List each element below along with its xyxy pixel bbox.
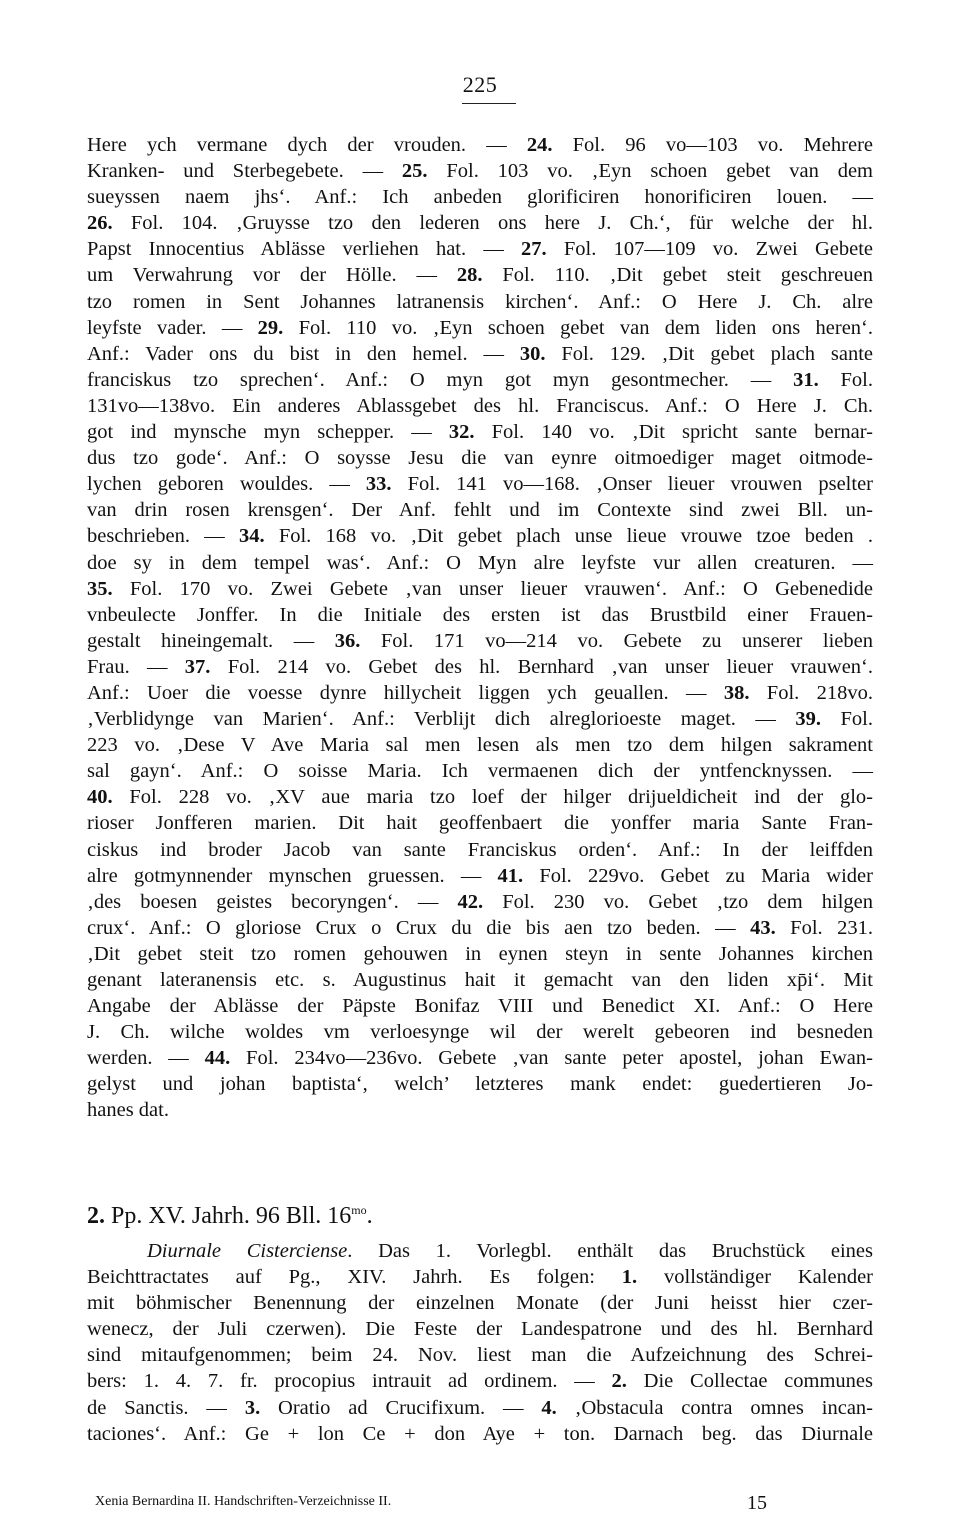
text-line: hanes dat. — [87, 1097, 873, 1123]
section-2-text: Diurnale Cisterciense. Das 1. Vorlegbl. … — [87, 1238, 873, 1447]
text-line: Here ych vermane dych der vrouden. — 24.… — [87, 132, 873, 158]
text-line: um Verwahrung vor der Hölle. — 28. Fol. … — [87, 262, 873, 288]
manuscript-title: Diurnale Cisterciense — [147, 1240, 347, 1262]
text-line: werden. — 44. Fol. 234vo—236vo. Gebete ‚… — [87, 1045, 873, 1071]
text-line: 35. Fol. 170 vo. Zwei Gebete ‚van unser … — [87, 576, 873, 602]
text-line: J. Ch. wilche woldes vm verloesynge wil … — [87, 1019, 873, 1045]
text-line: Frau. — 37. Fol. 214 vo. Gebet des hl. B… — [87, 654, 873, 680]
text-line: rioser Jonfferen marien. Dit hait geoffe… — [87, 810, 873, 836]
text-line: leyfste vader. — 29. Fol. 110 vo. ‚Eyn s… — [87, 315, 873, 341]
text-line: 40. Fol. 228 vo. ‚XV aue maria tzo loef … — [87, 784, 873, 810]
text-line: ‚Verblidynge van Marien‘. Anf.: Verblijt… — [87, 706, 873, 732]
text-line: Anf.: Vader ons du bist in den hemel. — … — [87, 341, 873, 367]
text-line: Kranken- und Sterbegebete. — 25. Fol. 10… — [87, 158, 873, 184]
entry-heading: 2. Pp. XV. Jahrh. 96 Bll. 16mo. — [87, 1203, 373, 1230]
text-line: ‚des boesen geistes becoryngen‘. — 42. F… — [87, 889, 873, 915]
text-line: crux‘. Anf.: O gloriose Crux o Crux du d… — [87, 915, 873, 941]
text-line: Anf.: Uoer die voesse dynre hillycheit l… — [87, 680, 873, 706]
text-line: gelyst und johan baptista‘, welch’ letzt… — [87, 1071, 873, 1097]
entry-heading-trailing: . — [367, 1203, 373, 1229]
text-line: franciskus tzo sprechen‘. Anf.: O myn go… — [87, 367, 873, 393]
entry-heading-superscript: mo — [351, 1203, 366, 1217]
text-line: 223 vo. ‚Dese V Ave Maria sal men lesen … — [87, 732, 873, 758]
text-line: lychen geboren wouldes. — 33. Fol. 141 v… — [87, 471, 873, 497]
entry-number: 2. — [87, 1203, 105, 1229]
text-line: alre gotmynnender mynschen gruessen. — 4… — [87, 863, 873, 889]
text-line: de Sanctis. — 3. Oratio ad Crucifixum. —… — [87, 1395, 873, 1421]
page-number-rule — [462, 103, 516, 104]
text-line: ‚Dit gebet steit tzo romen gehouwen in e… — [87, 941, 873, 967]
text-line-content: . Das 1. Vorlegbl. enthält das Bruchstüc… — [347, 1240, 873, 1262]
text-line: Diurnale Cisterciense. Das 1. Vorlegbl. … — [87, 1238, 873, 1264]
section-1-text: Here ych vermane dych der vrouden. — 24.… — [87, 132, 873, 1124]
text-line: 26. Fol. 104. ‚Gruysse tzo den lederen o… — [87, 210, 873, 236]
text-line: doe sy in dem tempel was‘. Anf.: O Myn a… — [87, 550, 873, 576]
text-line: sueyssen naem jhs‘. Anf.: Ich anbeden gl… — [87, 184, 873, 210]
text-line: sal gayn‘. Anf.: O soisse Maria. Ich ver… — [87, 758, 873, 784]
footer-signature-number: 15 — [747, 1492, 767, 1515]
text-line: gestalt hineingemalt. — 36. Fol. 171 vo—… — [87, 628, 873, 654]
text-line: sind mitaufgenommen; beim 24. Nov. liest… — [87, 1342, 873, 1368]
text-line: dus tzo gode‘. Anf.: O soysse Jesu die v… — [87, 445, 873, 471]
text-line: van drin rosen krensgen‘. Der Anf. fehlt… — [87, 497, 873, 523]
text-line: Angabe der Ablässe der Päpste Bonifaz VI… — [87, 993, 873, 1019]
text-line: got ind mynsche myn schepper. — 32. Fol.… — [87, 419, 873, 445]
entry-heading-text: Pp. XV. Jahrh. 96 Bll. 16 — [111, 1203, 351, 1229]
text-line: Papst Innocentius Ablässe verliehen hat.… — [87, 236, 873, 262]
text-line: bers: 1. 4. 7. fr. procopius intrauit ad… — [87, 1368, 873, 1394]
text-line: genant lateranensis etc. s. Augustinus h… — [87, 967, 873, 993]
text-line: Beichttractates auf Pg., XIV. Jahrh. Es … — [87, 1264, 873, 1290]
text-line: beschrieben. — 34. Fol. 168 vo. ‚Dit geb… — [87, 523, 873, 549]
text-line: 131vo—138vo. Ein anderes Ablassgebet des… — [87, 393, 873, 419]
text-line: tzo romen in Sent Johannes latranensis k… — [87, 289, 873, 315]
text-line: ciskus ind broder Jacob van sante Franci… — [87, 837, 873, 863]
text-line: wenecz, der Juli czerwen). Die Feste der… — [87, 1316, 873, 1342]
text-line: taciones‘. Anf.: Ge + lon Ce + don Aye +… — [87, 1421, 873, 1447]
text-line: mit böhmischer Benennung der einzelnen M… — [87, 1290, 873, 1316]
page-number: 225 — [87, 72, 873, 98]
footer-series-title: Xenia Bernardina II. Handschriften-Verze… — [95, 1494, 391, 1510]
text-line: vnbeulecte Jonffer. In die Initiale des … — [87, 602, 873, 628]
